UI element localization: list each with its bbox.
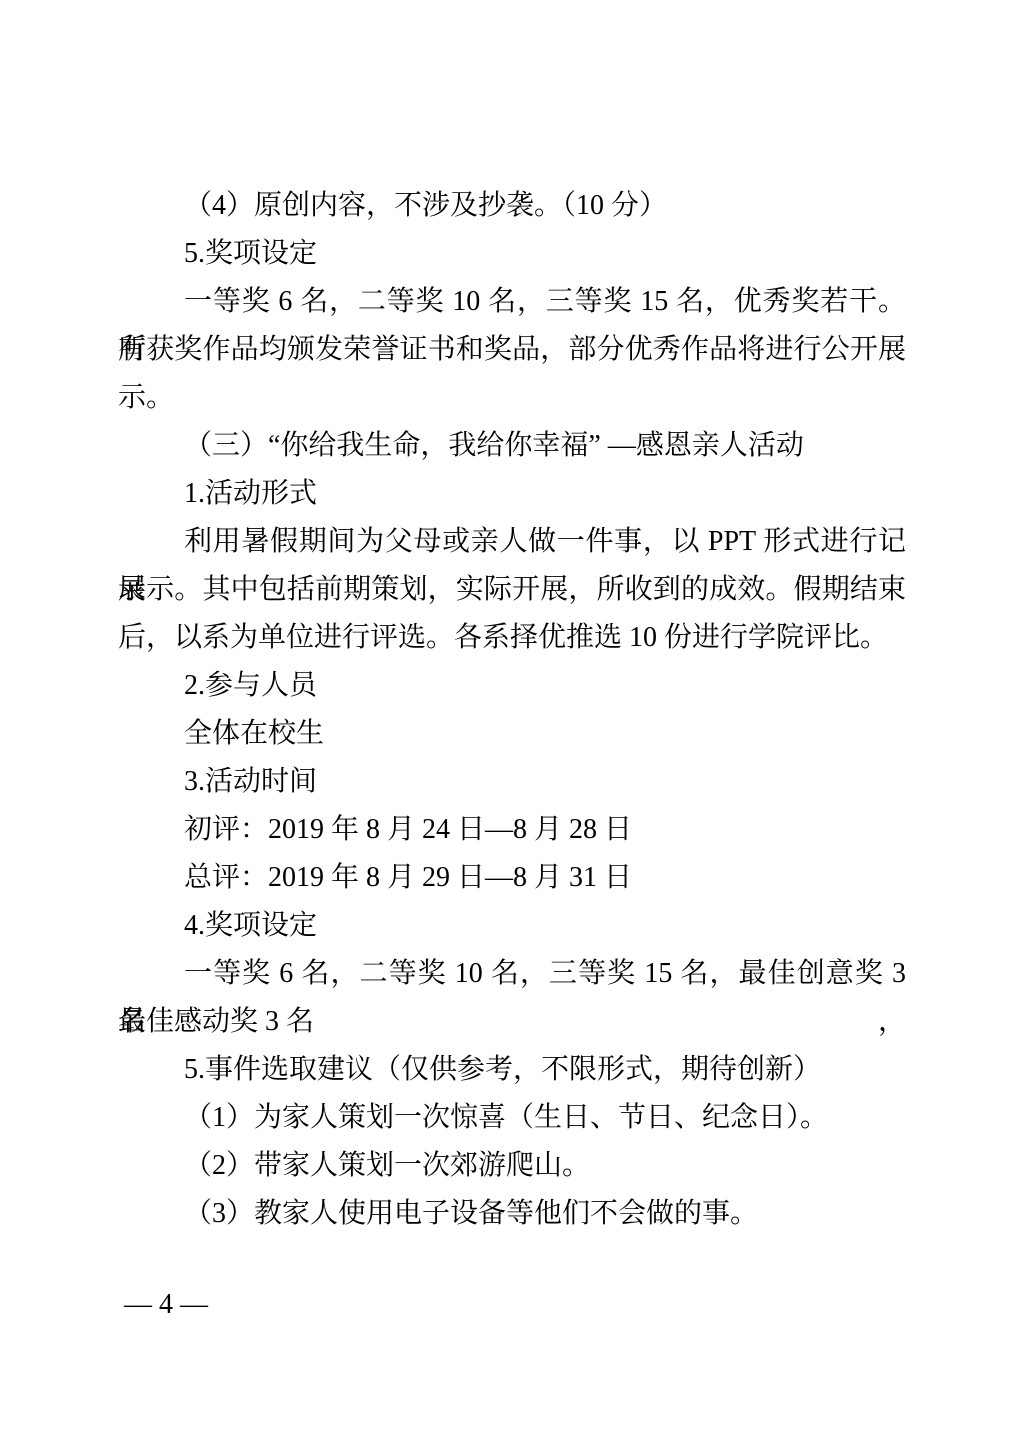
text-line-awards-heading: 5.奖项设定 [118,230,906,278]
document-body: （4）原创内容，不涉及抄袭。（10 分） 5.奖项设定 一等奖 6 名，二等奖 … [118,182,906,1238]
text-line-suggestion-3: （3）教家人使用电子设备等他们不会做的事。 [118,1190,906,1238]
text-line-activity-form-1: 利用暑假期间为父母或亲人做一件事，以 PPT 形式进行记录 [118,518,906,566]
text-line-section-3-heading: （三）“你给我生命，我给你幸福” —感恩亲人活动 [118,422,906,470]
text-line-awards-1: 一等奖 6 名，二等奖 10 名，三等奖 15 名，优秀奖若干。所 [118,278,906,326]
text-line-suggestion-2: （2）带家人策划一次郊游爬山。 [118,1142,906,1190]
text-line-schedule-heading: 3.活动时间 [118,758,906,806]
text-line-participants-value: 全体在校生 [118,710,906,758]
text-line-schedule-final: 总评：2019 年 8 月 29 日—8 月 31 日 [118,854,906,902]
page-number: — 4 — [124,1289,208,1320]
text-line-awards-2: 有获奖作品均颁发荣誉证书和奖品，部分优秀作品将进行公开展 [118,326,906,374]
text-line-schedule-preliminary: 初评：2019 年 8 月 24 日—8 月 28 日 [118,806,906,854]
text-line-activity-form-2: 展示。其中包括前期策划，实际开展，所收到的成效。假期结束 [118,566,906,614]
page-footer: — 4 — [124,1288,208,1322]
text-line-participants-heading: 2.参与人员 [118,662,906,710]
text-line-awards2-heading: 4.奖项设定 [118,902,906,950]
text-line-awards2-1: 一等奖 6 名，二等奖 10 名，三等奖 15 名，最佳创意奖 3 名， [118,950,906,998]
document-page: （4）原创内容，不涉及抄袭。（10 分） 5.奖项设定 一等奖 6 名，二等奖 … [0,0,1024,1447]
text-line-activity-form-3: 后，以系为单位进行评选。各系择优推选 10 份进行学院评比。 [118,614,906,662]
text-line-suggestions-heading: 5.事件选取建议（仅供参考，不限形式，期待创新） [118,1046,906,1094]
text-line-grading-item-4: （4）原创内容，不涉及抄袭。（10 分） [118,182,906,230]
text-line-suggestion-1: （1）为家人策划一次惊喜（生日、节日、纪念日）。 [118,1094,906,1142]
text-line-activity-form-heading: 1.活动形式 [118,470,906,518]
text-line-awards-3: 示。 [118,374,906,422]
